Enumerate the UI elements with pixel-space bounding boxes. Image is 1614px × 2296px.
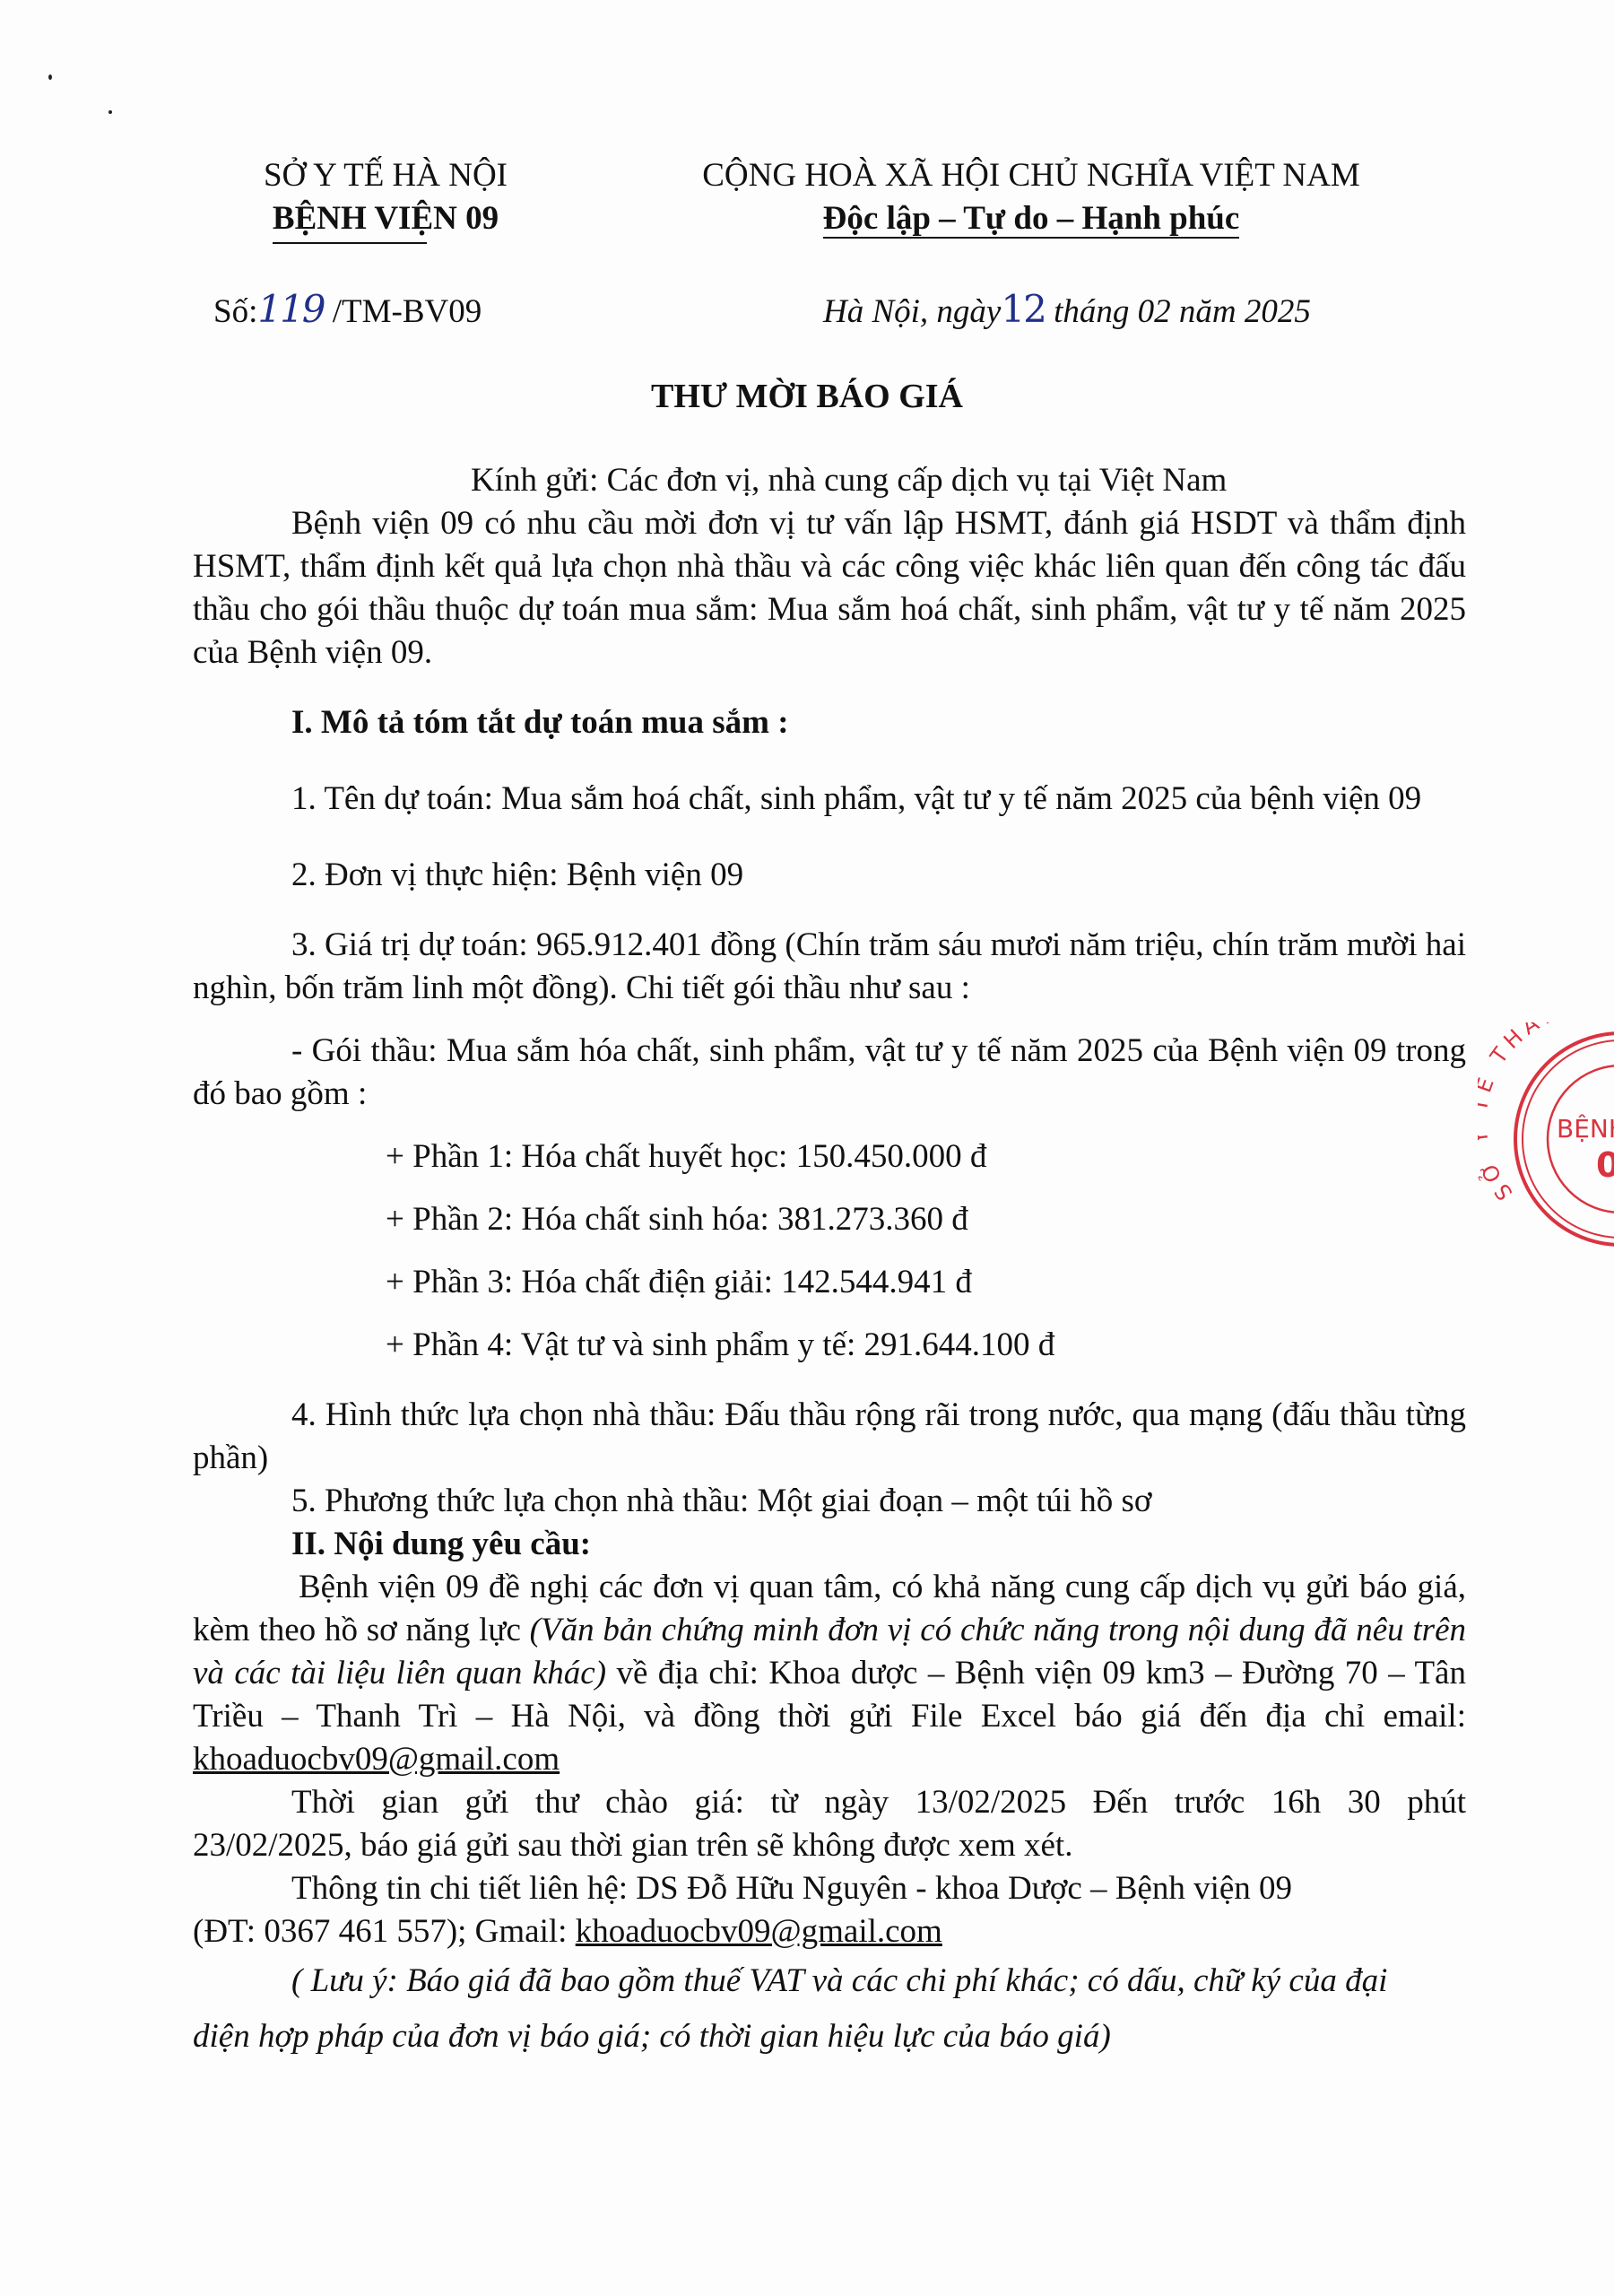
scan-speck bbox=[48, 74, 52, 80]
date-suffix: tháng 02 năm 2025 bbox=[1054, 293, 1311, 330]
doc-number-suffix: /TM-BV09 bbox=[333, 293, 482, 330]
header-agency-block: SỞ Y TẾ HÀ NỘI BỆNH VIỆN 09 bbox=[215, 154, 556, 240]
section-2-heading: II. Nội dung yêu cầu: bbox=[193, 1523, 1466, 1566]
recipient-line: Kính gửi: Các đơn vị, nhà cung cấp dịch … bbox=[193, 459, 1466, 502]
hospital-name: BỆNH VIỆN 09 bbox=[273, 197, 499, 240]
hospital-stamp-icon: SỞ Y TẾ THÀNH BỆNH 09 ★ bbox=[1478, 1022, 1614, 1247]
part-amount: 150.450.000 đ bbox=[796, 1138, 987, 1175]
email-link[interactable]: khoaduocbv09@gmail.com bbox=[193, 1741, 560, 1778]
stamp-center-text: BỆNH bbox=[1557, 1113, 1614, 1144]
header-nation-block: CỘNG HOÀ XÃ HỘI CHỦ NGHĨA VIỆT NAM Độc l… bbox=[628, 154, 1435, 240]
date-prefix: Hà Nội, ngày bbox=[823, 293, 1001, 330]
note-line-1: ( Lưu ý: Báo giá đã bao gồm thuế VAT và … bbox=[193, 1953, 1466, 2009]
part-amount: 291.644.100 đ bbox=[864, 1326, 1055, 1363]
section-1-item-5: 5. Phương thức lựa chọn nhà thầu: Một gi… bbox=[193, 1480, 1466, 1523]
section-1-item-1: 1. Tên dự toán: Mua sắm hoá chất, sinh p… bbox=[193, 771, 1466, 827]
contact-line-2: (ĐT: 0367 461 557); Gmail: khoaduocbv09@… bbox=[193, 1910, 1466, 1953]
part-label: + Phần 1: Hóa chất huyết học: bbox=[386, 1138, 796, 1175]
document-body: Kính gửi: Các đơn vị, nhà cung cấp dịch … bbox=[193, 459, 1466, 2065]
intro-paragraph: Bệnh viện 09 có nhu cầu mời đơn vị tư vấ… bbox=[193, 502, 1466, 674]
scan-speck bbox=[108, 110, 112, 114]
package-description: - Gói thầu: Mua sắm hóa chất, sinh phẩm,… bbox=[193, 1030, 1466, 1116]
part-amount: 142.544.941 đ bbox=[781, 1264, 972, 1300]
section-1-item-2: 2. Đơn vị thực hiện: Bệnh viện 09 bbox=[193, 854, 1466, 897]
deadline-line-2: 23/02/2025, báo giá gửi sau thời gian tr… bbox=[193, 1824, 1466, 1867]
section-1-heading: I. Mô tả tóm tắt dự toán mua sắm : bbox=[193, 701, 1466, 744]
package-parts-list: + Phần 1: Hóa chất huyết học: 150.450.00… bbox=[193, 1135, 1466, 1367]
document-number: Số:119 /TM-BV09 bbox=[213, 287, 482, 331]
package-part-1: + Phần 1: Hóa chất huyết học: 150.450.00… bbox=[193, 1135, 1466, 1178]
handwritten-doc-number: 119 bbox=[257, 287, 324, 331]
section-1-item-4: 4. Hình thức lựa chọn nhà thầu: Đấu thầu… bbox=[193, 1394, 1466, 1480]
part-label: + Phần 2: Hóa chất sinh hóa: bbox=[386, 1201, 777, 1238]
date-line: Hà Nội, ngày12 tháng 02 năm 2025 bbox=[823, 287, 1311, 331]
package-part-2: + Phần 2: Hóa chất sinh hóa: 381.273.360… bbox=[193, 1198, 1466, 1241]
part-label: + Phần 4: Vật tư và sinh phẩm y tế: bbox=[386, 1326, 864, 1363]
package-part-3: + Phần 3: Hóa chất điện giải: 142.544.94… bbox=[193, 1261, 1466, 1304]
part-amount: 381.273.360 đ bbox=[777, 1201, 968, 1238]
package-part-4: + Phần 4: Vật tư và sinh phẩm y tế: 291.… bbox=[193, 1324, 1466, 1367]
agency-name: SỞ Y TẾ HÀ NỘI bbox=[215, 154, 556, 197]
section-1-item-3: 3. Giá trị dự toán: 965.912.401 đồng (Ch… bbox=[193, 924, 1466, 1010]
document-page: SỞ Y TẾ HÀ NỘI BỆNH VIỆN 09 CỘNG HOÀ XÃ … bbox=[0, 0, 1614, 2296]
contact-line-1: Thông tin chi tiết liên hệ: DS Đỗ Hữu Ng… bbox=[193, 1867, 1466, 1910]
note-line-2: diện hợp pháp của đơn vị báo giá; có thờ… bbox=[193, 2009, 1466, 2065]
national-motto: Độc lập – Tự do – Hạnh phúc bbox=[823, 201, 1240, 239]
contact-email-link[interactable]: khoaduocbv09@gmail.com bbox=[576, 1913, 942, 1950]
deadline-line-1: Thời gian gửi thư chào giá: từ ngày 13/0… bbox=[193, 1781, 1466, 1824]
section-2-paragraph: Bệnh viện 09 đề nghị các đơn vị quan tâm… bbox=[193, 1566, 1466, 1781]
document-title: THƯ MỜI BÁO GIÁ bbox=[0, 377, 1614, 416]
part-label: + Phần 3: Hóa chất điện giải: bbox=[386, 1264, 781, 1300]
doc-number-prefix: Số: bbox=[213, 293, 257, 330]
nation-name: CỘNG HOÀ XÃ HỘI CHỦ NGHĨA VIỆT NAM bbox=[628, 154, 1435, 197]
handwritten-day: 12 bbox=[1001, 287, 1045, 331]
contact-phone: (ĐT: 0367 461 557); Gmail: bbox=[193, 1913, 576, 1950]
stamp-number: 09 bbox=[1596, 1145, 1614, 1185]
